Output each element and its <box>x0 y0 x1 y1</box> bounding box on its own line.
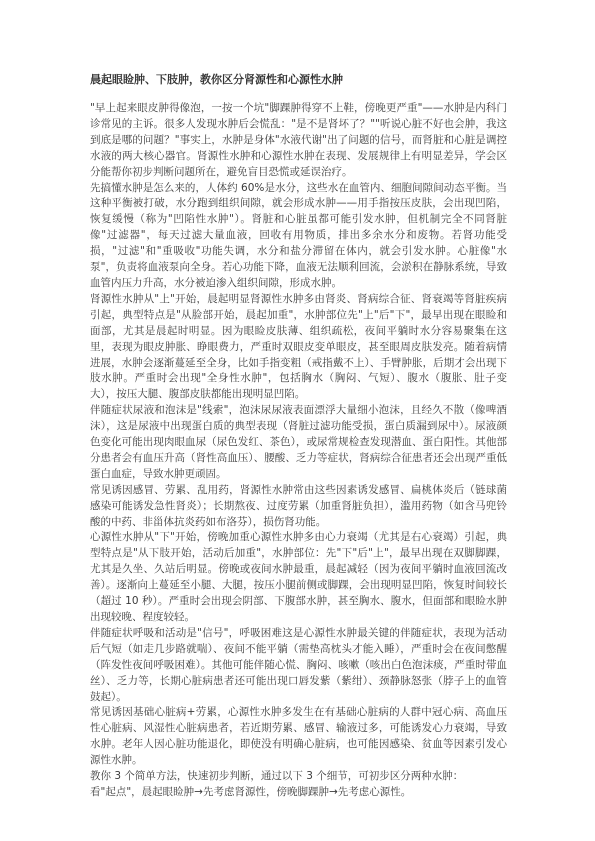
paragraph-intro: "早上起来眼皮肿得像泡，一按一个坑"脚踝肿得穿不上鞋，傍晚更严重"——水肿是内科… <box>90 101 507 181</box>
paragraph-methods-intro: 教你 3 个简单方法，快速初步判断，通过以下 3 个细节，可初步区分两种水肿： <box>90 769 507 785</box>
paragraph-method-startpoint: 看"起点"，晨起眼睑肿→先考虑肾源性，傍晚脚踝肿→先考虑心源性。 <box>90 785 507 801</box>
article-body: "早上起来眼皮肿得像泡，一按一个坑"脚踝肿得穿不上鞋，傍晚更严重"——水肿是内科… <box>90 101 507 801</box>
paragraph-cardiac-signs: 伴随症状呼吸和活动是"信号"，呼吸困难这是心源性水肿最关键的伴随症状，表现为活动… <box>90 626 507 706</box>
paragraph-renal-signs: 伴随症状尿液和泡沫是"线索"，泡沫尿尿液表面漂浮大量细小泡沫，且经久不散（像啤酒… <box>90 403 507 483</box>
paragraph-mechanism: 先搞懂水肿是怎么来的，人体约 60%是水分，这些水在血管内、细胞间隙间动态平衡。… <box>90 181 507 292</box>
paragraph-cardiac-edema: 心源性水肿从"下"开始，傍晚加重心源性水肿多由心力衰竭（尤其是右心衰竭）引起，典… <box>90 530 507 625</box>
article-title: 晨起眼睑肿、下肢肿，教你区分肾源性和心源性水肿 <box>90 72 507 88</box>
document-page: 晨起眼睑肿、下肢肿，教你区分肾源性和心源性水肿 "早上起来眼皮肿得像泡，一按一个… <box>0 0 595 841</box>
paragraph-renal-edema: 肾源性水肿从"上"开始，晨起明显肾源性水肿多由肾炎、肾病综合征、肾衰竭等肾脏疾病… <box>90 292 507 403</box>
paragraph-renal-causes: 常见诱因感冒、劳累、乱用药，肾源性水肿常由这些因素诱发感冒、扁桃体炎后（链球菌感… <box>90 483 507 531</box>
paragraph-cardiac-causes: 常见诱因基础心脏病+劳累，心源性水肿多发生在有基础心脏病的人群中冠心病、高血压性… <box>90 705 507 769</box>
